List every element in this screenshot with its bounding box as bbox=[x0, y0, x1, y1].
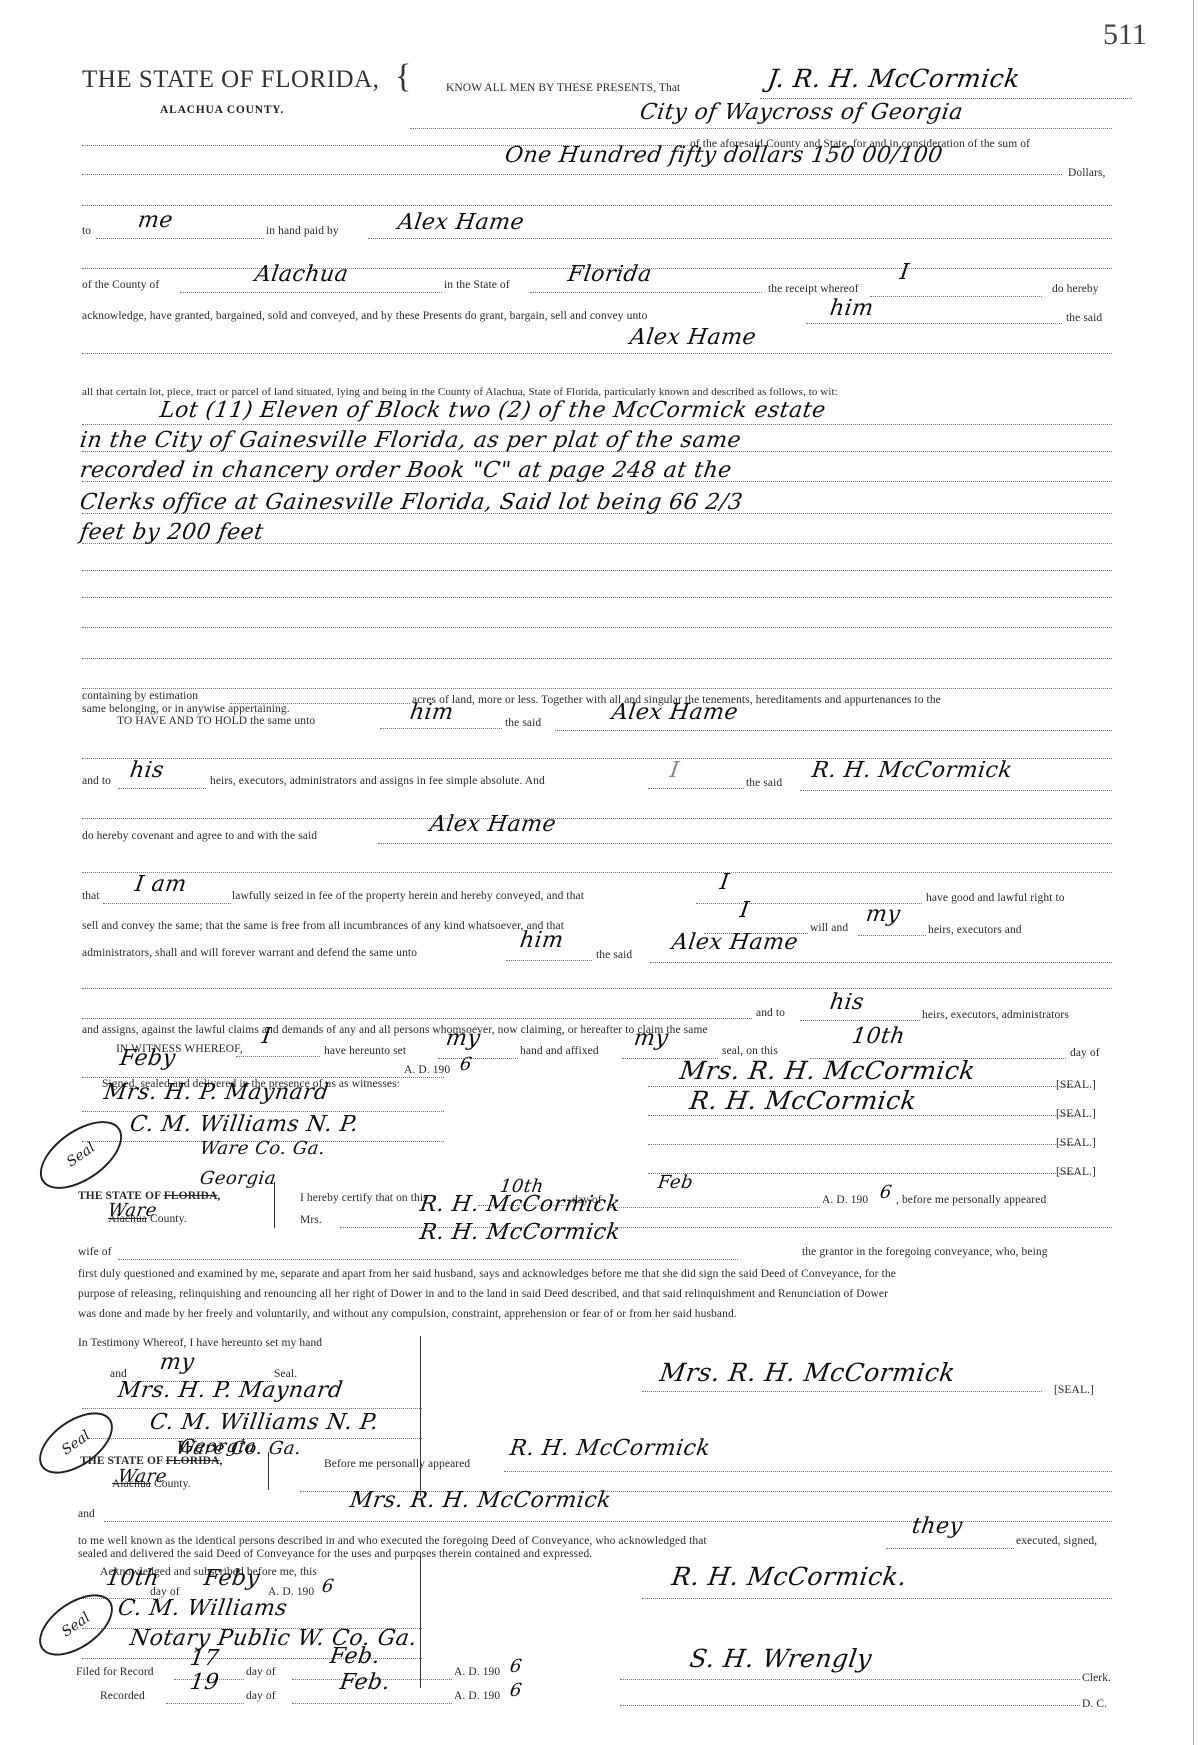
do-hereby-label: do hereby bbox=[1052, 283, 1099, 295]
deed-page: 511 THE STATE OF FLORIDA, { ALACHUA COUN… bbox=[0, 0, 1200, 1745]
same-belonging-text: same belonging, or in anywise appertaini… bbox=[82, 703, 290, 715]
that-label: that bbox=[82, 890, 100, 902]
filed-ad: A. D. 190 bbox=[454, 1666, 500, 1678]
clerk-signature: S. H. Wrengly bbox=[688, 1644, 874, 1673]
testimony-text: In Testimony Whereof, I have hereunto se… bbox=[78, 1337, 322, 1349]
the-said-label-3: the said bbox=[746, 777, 782, 789]
dower-signature: Mrs. R. H. McCormick bbox=[658, 1358, 957, 1387]
ack-known-text: to me well known as the identical person… bbox=[78, 1535, 707, 1547]
habendum-grantee: Alex Hame bbox=[610, 700, 740, 725]
dc-label: D. C. bbox=[1082, 1698, 1107, 1710]
assigns-text: and assigns, against the lawful claims a… bbox=[82, 1024, 708, 1036]
filed-label: Filed for Record bbox=[76, 1666, 154, 1678]
affixed-pronoun: my bbox=[632, 1026, 670, 1051]
page-edge bbox=[1193, 0, 1200, 1745]
seized-text: lawfully seized in fee of the property h… bbox=[232, 890, 584, 902]
ack-notary-1: C. M. Williams bbox=[116, 1596, 289, 1621]
seal-label-3: [SEAL.] bbox=[1056, 1137, 1096, 1149]
recorded-label: Recorded bbox=[100, 1690, 145, 1702]
containing-text: containing by estimation bbox=[82, 690, 198, 702]
the-said-label-2: the said bbox=[505, 717, 541, 729]
have-hereunto-text: have hereunto set bbox=[324, 1045, 406, 1057]
grantor-name: J. R. H. McCormick bbox=[766, 64, 1022, 93]
witness-month: Feby bbox=[118, 1046, 177, 1071]
rec-ad: A. D. 190 bbox=[454, 1690, 500, 1702]
clerk-label: Clerk. bbox=[1082, 1672, 1111, 1684]
and-to-text-2: and to bbox=[756, 1007, 785, 1019]
signature-1: Mrs. R. H. McCormick bbox=[678, 1056, 977, 1085]
seal-mark-icon-2: Seal bbox=[28, 1400, 123, 1486]
that-pronoun: I am bbox=[133, 872, 188, 897]
land-line-3: recorded in chancery order Book "C" at p… bbox=[78, 458, 733, 483]
seal-label-2: [SEAL.] bbox=[1056, 1108, 1096, 1120]
filed-day: 17 bbox=[188, 1646, 221, 1671]
land-line-4: Clerks office at Gainesville Florida, Sa… bbox=[78, 490, 744, 515]
habendum-grantor: R. H. McCormick bbox=[810, 758, 1014, 783]
the-said-label: the said bbox=[1066, 312, 1102, 324]
the-said-label-4: the said bbox=[596, 949, 632, 961]
dollars-label: Dollars, bbox=[1068, 167, 1106, 179]
grant-text: acknowledge, have granted, bargained, so… bbox=[82, 310, 647, 322]
grantor-residence: City of Waycross of Georgia bbox=[638, 100, 964, 125]
seal-label-1: [SEAL.] bbox=[1056, 1079, 1096, 1091]
seal-label-4: [SEAL.] bbox=[1056, 1166, 1096, 1178]
rec-month: Feb. bbox=[338, 1670, 392, 1695]
rec-day-of: day of bbox=[246, 1690, 276, 1702]
receipt-label: the receipt whereof bbox=[768, 283, 859, 295]
in-state-label: in the State of bbox=[444, 279, 510, 291]
certify-text: I hereby certify that on this bbox=[300, 1192, 428, 1204]
dower-para-1: first duly questioned and examined by me… bbox=[78, 1268, 896, 1280]
grant-unto: him bbox=[828, 296, 875, 321]
and-to-pronoun-2: his bbox=[828, 990, 866, 1015]
and-to-pronoun: his bbox=[128, 758, 166, 783]
land-intro: all that certain lot, piece, tract or pa… bbox=[82, 386, 838, 398]
dower-para-3: was done and made by her freely and volu… bbox=[78, 1308, 737, 1320]
covenant-grantee: Alex Hame bbox=[428, 812, 558, 837]
mrs-label: Mrs. bbox=[300, 1214, 322, 1226]
dower-husband-name: R. H. McCormick bbox=[418, 1220, 622, 1245]
ack-year: 6 bbox=[321, 1576, 336, 1597]
sell-pronoun: I bbox=[738, 898, 751, 923]
grantor-text: the grantor in the foregoing conveyance,… bbox=[802, 1246, 1048, 1258]
rec-day: 19 bbox=[188, 1670, 221, 1695]
and-to-label: and to bbox=[82, 775, 111, 787]
wife-of-label: wife of bbox=[78, 1246, 112, 1258]
filed-day-of: day of bbox=[246, 1666, 276, 1678]
witness-pronoun: I bbox=[260, 1024, 273, 1049]
ack-person-2: Mrs. R. H. McCormick bbox=[348, 1488, 613, 1513]
dower-mrs-name: R. H. McCormick bbox=[418, 1192, 622, 1217]
dower-ad: A. D. 190 bbox=[822, 1194, 868, 1206]
witness-year: 6 bbox=[459, 1054, 474, 1075]
receipt-pronoun: I bbox=[898, 260, 911, 285]
ack-sealed-text: sealed and delivered the said Deed of Co… bbox=[78, 1548, 592, 1560]
to-have-label: TO HAVE AND TO HOLD the same unto bbox=[117, 715, 315, 727]
land-line-1: Lot (11) Eleven of Block two (2) of the … bbox=[158, 398, 827, 423]
seal-mark-icon-1: Seal bbox=[28, 1108, 134, 1203]
land-line-2: in the City of Gainesville Florida, as p… bbox=[78, 428, 743, 453]
ack-before-me: Before me personally appeared bbox=[324, 1458, 470, 1470]
ack-signature: R. H. McCormick. bbox=[670, 1562, 909, 1591]
witness-day: 10th bbox=[850, 1024, 907, 1049]
dower-witness-2: C. M. Williams N. P. bbox=[148, 1410, 380, 1435]
and-pronoun: I bbox=[668, 758, 681, 783]
witness-2: C. M. Williams N. P. bbox=[128, 1112, 360, 1137]
know-all-men-text: KNOW ALL MEN BY THESE PRESENTS, That bbox=[446, 82, 680, 94]
ack-month: Feby bbox=[202, 1566, 261, 1591]
heirs-text: heirs, executors, administrators and ass… bbox=[210, 775, 545, 787]
ack-and-label: and bbox=[78, 1508, 95, 1520]
rec-year: 6 bbox=[509, 1680, 524, 1701]
heirs-admin-text: heirs, executors, administrators bbox=[922, 1009, 1069, 1021]
of-county-label: of the County of bbox=[82, 279, 159, 291]
admin-pronoun: him bbox=[518, 928, 565, 953]
right-text: have good and lawful right to bbox=[926, 892, 1065, 904]
county-name: Alachua bbox=[253, 262, 350, 287]
signature-2: R. H. McCormick bbox=[688, 1086, 919, 1115]
dower-seal-bracket: [SEAL.] bbox=[1054, 1384, 1094, 1396]
filed-year: 6 bbox=[509, 1656, 524, 1677]
dower-para-2: purpose of releasing, relinquishing and … bbox=[78, 1288, 888, 1300]
state-name: Florida bbox=[566, 262, 653, 287]
will-and-text: will and bbox=[810, 922, 848, 934]
ack-person-1: R. H. McCormick bbox=[508, 1436, 712, 1461]
payer-name: Alex Hame bbox=[396, 210, 526, 235]
paid-to: me bbox=[136, 208, 174, 233]
dower-before-me: , before me personally appeared bbox=[896, 1194, 1046, 1206]
consideration-amount: One Hundred fifty dollars 150 00/100 bbox=[503, 143, 944, 168]
that-pronoun-2: I bbox=[718, 870, 731, 895]
hand-and-text: hand and affixed bbox=[520, 1045, 599, 1057]
dower-witness-1: Mrs. H. P. Maynard bbox=[116, 1378, 344, 1403]
seal-mark-icon-3: Seal bbox=[28, 1582, 123, 1668]
ack-state-correction: Georgia bbox=[179, 1436, 258, 1457]
county-title: ALACHUA COUNTY. bbox=[160, 104, 284, 116]
to-have-unto: him bbox=[408, 700, 455, 725]
filed-month: Feb. bbox=[328, 1644, 382, 1669]
witness-3: Ware Co. Ga. bbox=[199, 1138, 327, 1159]
ack-county: Alachua County. bbox=[112, 1478, 191, 1490]
dower-and-pronoun: my bbox=[158, 1350, 196, 1375]
heirs-exec-text: heirs, executors and bbox=[928, 924, 1022, 936]
dower-year: 6 bbox=[879, 1182, 894, 1203]
admin-text: administrators, shall and will forever w… bbox=[82, 947, 417, 959]
covenant-text: do hereby covenant and agree to and with… bbox=[82, 830, 317, 842]
state-title: THE STATE OF FLORIDA, bbox=[82, 66, 379, 94]
grantee-name: Alex Hame bbox=[628, 325, 758, 350]
page-number: 511 bbox=[1103, 18, 1147, 52]
witness-ad: A. D. 190 bbox=[404, 1064, 450, 1076]
to-label: to bbox=[82, 225, 91, 237]
land-line-5: feet by 200 feet bbox=[78, 520, 265, 545]
sell-text: sell and convey the same; that the same … bbox=[82, 920, 564, 932]
dower-state-correction: Georgia bbox=[199, 1168, 278, 1189]
dower-month: Feb bbox=[657, 1172, 695, 1193]
will-pronoun: my bbox=[864, 902, 902, 927]
ack-executed: executed, signed, bbox=[1016, 1535, 1097, 1547]
ack-they: they bbox=[910, 1514, 964, 1539]
set-pronoun: my bbox=[444, 1026, 482, 1051]
brace: { bbox=[395, 58, 411, 96]
day-of-text: day of bbox=[1070, 1047, 1100, 1059]
warranty-grantee: Alex Hame bbox=[670, 930, 800, 955]
in-hand-label: in hand paid by bbox=[266, 225, 339, 237]
witness-1: Mrs. H. P. Maynard bbox=[102, 1080, 330, 1105]
dower-county: Alachua County. bbox=[108, 1213, 187, 1225]
